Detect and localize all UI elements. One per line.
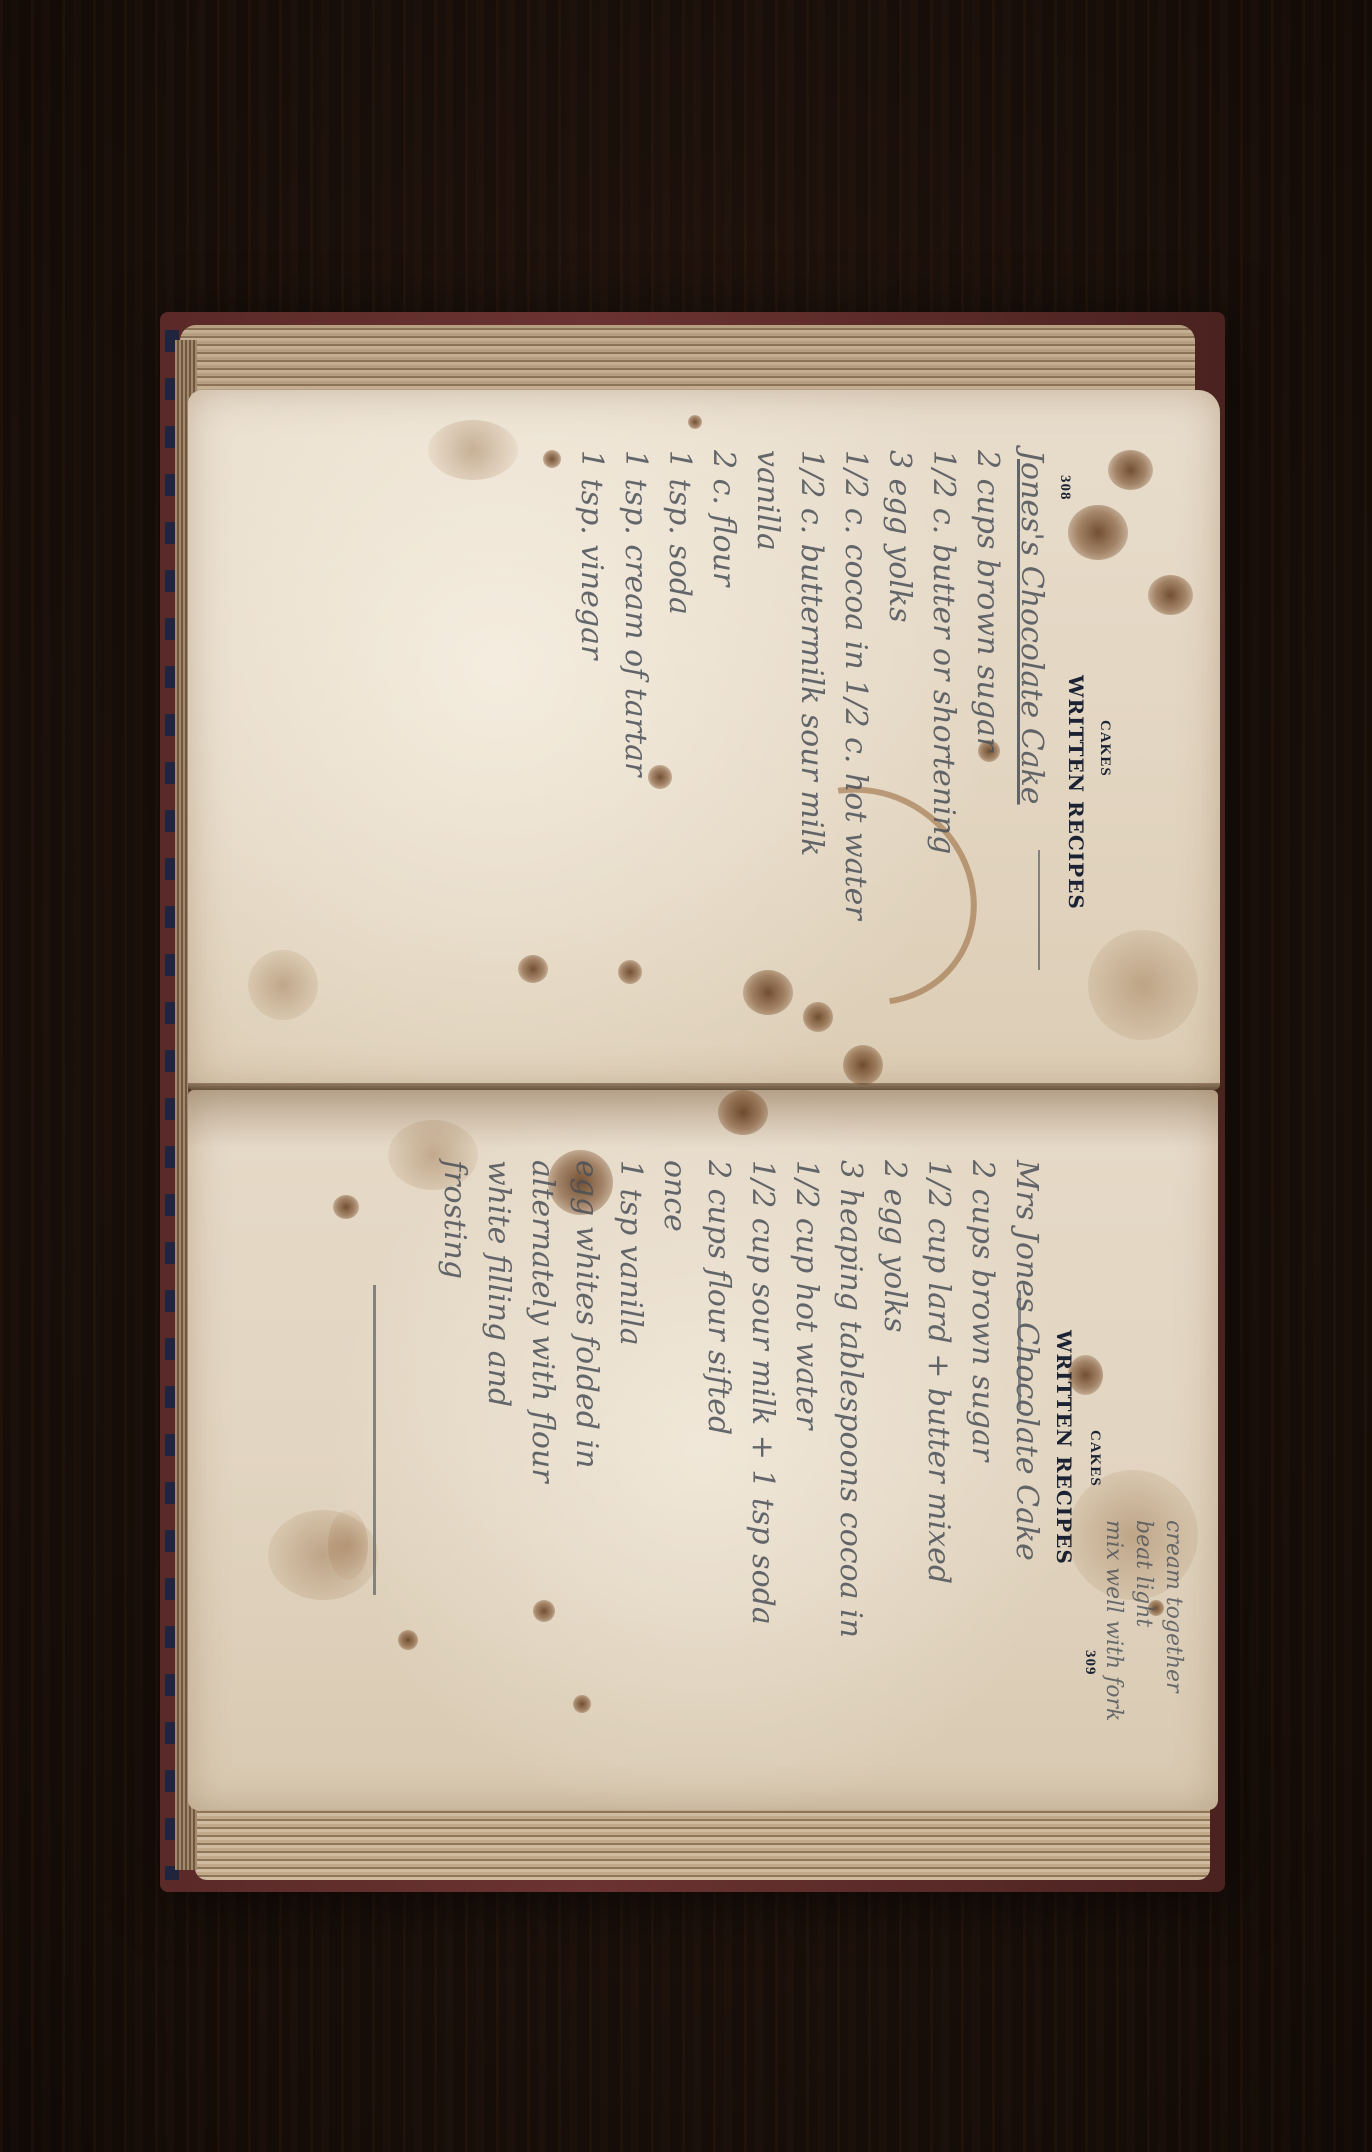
handwritten-recipe: Mrs Jones Chocolate Cake 2 cups brown su… bbox=[432, 1160, 1048, 1638]
recipe-line: alternately with flour bbox=[520, 1160, 564, 1638]
recipe-line: 1/2 c. butter or shortening bbox=[921, 450, 965, 920]
section-label: CAKES bbox=[1096, 720, 1113, 777]
margin-note: cream together beat light mix well with … bbox=[1098, 1520, 1188, 1721]
recipe-line: 1 tsp. vinegar bbox=[569, 450, 613, 920]
recipe-line: 1 tsp vanilla bbox=[608, 1160, 652, 1638]
stain bbox=[398, 1630, 418, 1650]
stain bbox=[518, 955, 548, 983]
page-number: 309 bbox=[1081, 1650, 1098, 1676]
printed-header: WRITTEN RECIPES bbox=[1064, 675, 1088, 910]
recipe-line: 1/2 cup sour milk + 1 tsp soda bbox=[740, 1160, 784, 1638]
recipe-line: 2 cups brown sugar bbox=[960, 1160, 1004, 1638]
margin-note-line: mix well with fork bbox=[1098, 1520, 1128, 1721]
recipe-line: 1/2 cup hot water bbox=[784, 1160, 828, 1638]
recipe-line: egg whites folded in bbox=[564, 1160, 608, 1638]
stain bbox=[333, 1195, 359, 1219]
recipe-line: 1/2 cup lard + butter mixed bbox=[916, 1160, 960, 1638]
printed-header: WRITTEN RECIPES bbox=[1052, 1330, 1076, 1565]
stain bbox=[1108, 450, 1153, 490]
recipe-line: 1/2 c. buttermilk sour milk bbox=[789, 450, 833, 920]
underline-stroke bbox=[1038, 850, 1040, 970]
recipe-title: Mrs Jones Chocolate Cake bbox=[1004, 1160, 1048, 1638]
recipe-line: white filling and bbox=[476, 1160, 520, 1638]
handwritten-recipe: Jones's Chocolate Cake 2 cups brown suga… bbox=[569, 450, 1053, 920]
recipe-line: 3 heaping tablespoons cocoa in bbox=[828, 1160, 872, 1638]
recipe-line: 2 egg yolks bbox=[872, 1160, 916, 1638]
stain bbox=[428, 420, 518, 480]
recipe-line: vanilla bbox=[745, 450, 789, 920]
recipe-line: 2 c. flour bbox=[701, 450, 745, 920]
stain bbox=[688, 415, 702, 429]
stain bbox=[1148, 575, 1193, 615]
margin-note-line: beat light bbox=[1128, 1520, 1158, 1721]
recipe-line: 3 egg yolks bbox=[877, 450, 921, 920]
recipe-line: 2 cups brown sugar bbox=[965, 450, 1009, 920]
recipe-line: 1 tsp. soda bbox=[657, 450, 701, 920]
margin-note-line: cream together bbox=[1158, 1520, 1188, 1721]
page-308: 308 CAKES WRITTEN RECIPES Jones's Chocol… bbox=[188, 390, 1220, 1090]
stain bbox=[328, 1510, 368, 1580]
stain bbox=[248, 950, 318, 1020]
recipe-title: Jones's Chocolate Cake bbox=[1009, 450, 1053, 920]
underline-stroke bbox=[1018, 1290, 1021, 1410]
section-label: CAKES bbox=[1086, 1430, 1103, 1487]
stain bbox=[1088, 930, 1198, 1040]
stain bbox=[803, 1002, 833, 1032]
page-edges-bottom bbox=[195, 1800, 1210, 1880]
recipe-line: frosting bbox=[432, 1160, 476, 1638]
page-number: 308 bbox=[1056, 475, 1073, 501]
stain bbox=[618, 960, 642, 984]
stain bbox=[843, 1045, 883, 1085]
recipe-line: 2 cups flour sifted bbox=[696, 1160, 740, 1638]
stain bbox=[1068, 505, 1128, 560]
stain bbox=[573, 1695, 591, 1713]
recipe-line: 1 tsp. cream of tartar bbox=[613, 450, 657, 920]
recipe-line: 1/2 c. cocoa in 1/2 c. hot water bbox=[833, 450, 877, 920]
recipe-line: once bbox=[652, 1160, 696, 1638]
stain bbox=[718, 1090, 768, 1135]
closing-flourish-stroke bbox=[373, 1285, 376, 1595]
stain bbox=[543, 450, 561, 468]
page-309: CAKES WRITTEN RECIPES 309 Mrs Jones Choc… bbox=[188, 1090, 1218, 1810]
stain bbox=[743, 970, 793, 1015]
